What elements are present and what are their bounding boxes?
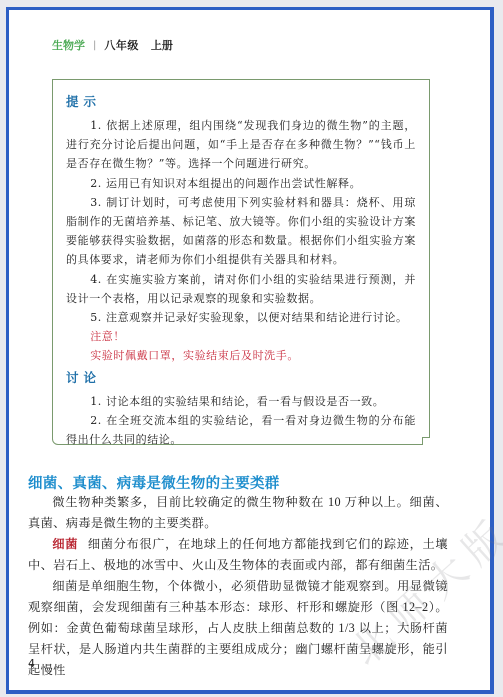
hint-item: 1. 依据上述原理，组内围绕“发现我们身边的微生物”的主题，进行充分讨论后提出问… bbox=[66, 116, 416, 174]
grade-label: 八年级 bbox=[104, 37, 139, 53]
discussion-title: 讨论 bbox=[66, 370, 416, 386]
subject-title: 生物学 bbox=[52, 37, 85, 53]
warning-text: 实验时佩戴口罩，实验结束后及时洗手。 bbox=[66, 346, 416, 365]
hint-item: 2. 运用已有知识对本组提出的问题作出尝试性解释。 bbox=[66, 174, 416, 193]
body-paragraph: 细菌是单细胞生物，个体微小，必须借助显微镜才能观察到。用显微镜观察细菌，会发现细… bbox=[28, 576, 448, 681]
page-fold-corner bbox=[422, 437, 430, 445]
hint-box: 提示 1. 依据上述原理，组内围绕“发现我们身边的微生物”的主题，进行充分讨论后… bbox=[52, 79, 430, 445]
volume-label: 上册 bbox=[151, 37, 173, 53]
section-body: 微生物种类繁多，目前比较确定的微生物种数在 10 万种以上。细菌、真菌、病毒是微… bbox=[28, 492, 448, 681]
hint-item: 4. 在实施实验方案前，请对你们小组的实验结果进行预测，并设计一个表格，用以记录… bbox=[66, 270, 416, 308]
hint-item: 5. 注意观察并记录好实验现象，以便对结果和结论进行讨论。 bbox=[66, 308, 416, 327]
page-number: 4 bbox=[28, 657, 35, 670]
running-head: 生物学 | 八年级 上册 bbox=[52, 37, 173, 53]
hint-title: 提示 bbox=[66, 94, 416, 110]
section-heading: 细菌、真菌、病毒是微生物的主要类群 bbox=[28, 472, 280, 493]
term-bacteria: 细菌 bbox=[52, 537, 78, 551]
discussion-item: 1. 讨论本组的实验结果和结论，看一看与假设是否一致。 bbox=[66, 392, 416, 411]
header-separator: | bbox=[93, 40, 96, 51]
hint-item: 3. 制订计划时，可考虑使用下列实验材料和器具：烧杯、用琼脂制作的无菌培养基、标… bbox=[66, 193, 416, 270]
body-paragraph-bacteria: 细菌细菌分布很广，在地球上的任何地方都能找到它们的踪迹，土壤中、岩石上、极地的冰… bbox=[28, 534, 448, 576]
discussion-item: 2. 在全班交流本组的实验结论，看一看对身边微生物的分布能得出什么共同的结论。 bbox=[66, 411, 416, 449]
bacteria-text: 细菌分布很广，在地球上的任何地方都能找到它们的踪迹，土壤中、岩石上、极地的冰雪中… bbox=[28, 537, 448, 572]
body-paragraph: 微生物种类繁多，目前比较确定的微生物种数在 10 万种以上。细菌、真菌、病毒是微… bbox=[28, 492, 448, 534]
warning-label: 注意！ bbox=[66, 327, 416, 346]
